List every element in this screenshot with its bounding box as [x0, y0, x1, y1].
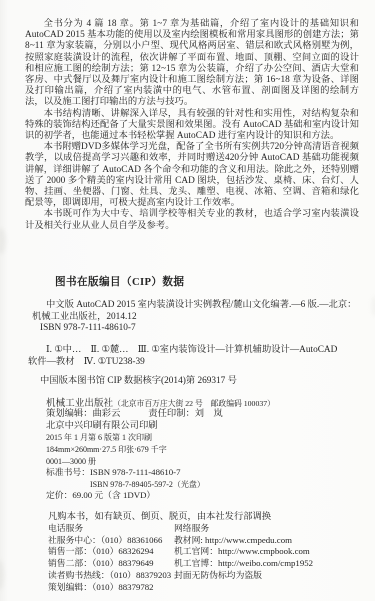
- service-row: 销售二部：（010）88379649 机工官博：http://weibo.com…: [48, 558, 375, 570]
- publication-section: 机械工业出版社（北京市百万庄大街 22 号 邮政编码 100037） 策划编辑：…: [46, 398, 375, 502]
- sales-dept2-phone: 销售二部：（010）88379649: [48, 558, 174, 570]
- publisher-name: 机械工业出版社: [46, 398, 113, 409]
- publisher-line: 机械工业出版社（北京市百万庄大街 22 号 邮政编码 100037）: [46, 398, 375, 410]
- service-row: 社服务中心：（010）88361066 教材网: http://www.cmpe…: [48, 535, 375, 547]
- service-row-headers: 电话服务 网络服务: [48, 523, 375, 535]
- service-center-phone: 社服务中心：（010）88361066: [48, 535, 174, 547]
- edition-line: 2015 年 1 月第 6 版第 1 次印刷: [46, 432, 375, 444]
- replacement-notice: 凡购本书，如有缺页、倒页、脱页，由本社发行部调换: [48, 511, 375, 523]
- scan-smudge: [0, 228, 6, 254]
- cip-classification-line1: Ⅰ. ①中… Ⅱ. ①麓… Ⅲ. ①室内装饰设计—计算机辅助设计—AutoCAD: [46, 345, 375, 357]
- empty-cell: [174, 582, 375, 594]
- cip-entry-title-line: 中文版 AutoCAD 2015 室内装潢设计实例教程/麓山文化编著.—6 版.…: [46, 300, 375, 312]
- service-section: 凡购本书，如有缺页、倒页、脱页，由本社发行部调换 电话服务 网络服务 社服务中心…: [48, 511, 375, 593]
- isbn-book-value: ISBN 978-7-111-48610-7: [90, 467, 181, 477]
- isbn-label: 标准书号：: [46, 467, 90, 477]
- phone-service-header: 电话服务: [48, 523, 174, 535]
- sales-dept1-phone: 销售一部：（010）68326294: [48, 546, 174, 558]
- cip-registry-number: 中国版本图书馆 CIP 数据核字(2014)第 269317 号: [40, 376, 375, 388]
- weibo-url: 机工官博：http://weibo.com/cmp1952: [174, 558, 375, 570]
- print-run-line: 0001—3000 册: [46, 456, 375, 468]
- intro-section: 全书分为 4 篇 18 章。第 1~7 章为基础篇，介绍了室内设计的基础知识和 …: [0, 0, 375, 232]
- planning-editor-phone: 策划编辑：（010）88379782: [48, 582, 174, 594]
- service-table: 电话服务 网络服务 社服务中心：（010）88361066 教材网: http:…: [48, 523, 375, 593]
- publisher-address: （北京市百万庄大街 22 号 邮政编码 100037）: [113, 399, 275, 408]
- format-line: 184mm×260mm·27.5 印张·679 千字: [46, 444, 375, 456]
- scan-smudge: [0, 560, 4, 590]
- network-service-header: 网络服务: [174, 523, 375, 535]
- book-copyright-page: 全书分为 4 篇 18 章。第 1~7 章为基础篇，介绍了室内设计的基础知识和 …: [0, 0, 375, 601]
- reader-hotline-phone: 读者购书热线：（010）88379203: [48, 570, 174, 582]
- cip-entry-publisher-line: 机械工业出版社，2014.12: [32, 312, 375, 324]
- intro-paragraph-overview: 全书分为 4 篇 18 章。第 1~7 章为基础篇，介绍了室内设计的基础知识和 …: [25, 19, 359, 109]
- price-line: 定价：69.00 元（含 1DVD）: [46, 490, 375, 502]
- cip-entry: 中文版 AutoCAD 2015 室内装潢设计实例教程/麓山文化编著.—6 版.…: [0, 300, 375, 335]
- service-row: 销售一部：（010）68326294 机工官网：http://www.cmpbo…: [48, 546, 375, 558]
- cip-classification: Ⅰ. ①中… Ⅱ. ①麓… Ⅲ. ①室内装饰设计—计算机辅助设计—AutoCAD…: [0, 345, 375, 369]
- official-site-url: 机工官网：http://www.cmpbook.com: [174, 546, 375, 558]
- intro-paragraph-dvd: 本书附赠DVD多媒体学习光盘，配备了全书所有实例共720分钟高清语音视频教学，以…: [25, 142, 359, 209]
- intro-paragraph-features: 本书结构清晰、讲解深入详尽，具有较强的针对性和实用性，对结构复杂和特殊的装饰结构…: [25, 109, 359, 143]
- service-row: 读者购书热线：（010）88379203 封面无防伪标均为盗版: [48, 570, 375, 582]
- cip-classification-line2: 软件—教材 Ⅳ. ①TU238-39: [28, 357, 375, 369]
- anti-counterfeit-note: 封面无防伪标均为盗版: [174, 570, 375, 582]
- isbn-disc-line: ISBN 978-7-89405-597-2（光盘）: [90, 479, 375, 491]
- intro-paragraph-audience: 本书既可作为大中专、培训学校等相关专业的教材，也适合学习室内装潢设计及相关行业从…: [25, 209, 359, 231]
- cip-section: 图书在版编目（CIP）数据 中文版 AutoCAD 2015 室内装潢设计实例教…: [0, 274, 375, 388]
- standard-book-number-line: 标准书号：ISBN 978-7-111-48610-7: [46, 467, 375, 479]
- textbook-site-url: 教材网: http://www.cmpedu.com: [174, 535, 375, 547]
- editors-line: 策划编辑：曲彩云 责任印制：刘 岚: [46, 409, 375, 421]
- cip-heading: 图书在版编目（CIP）数据: [55, 274, 375, 289]
- cip-entry-isbn: ISBN 978-7-111-48610-7: [40, 323, 375, 335]
- printer-line: 北京中兴印刷有限公司印刷: [46, 421, 375, 433]
- scan-smudge: [371, 296, 375, 316]
- service-row: 策划编辑：（010）88379782: [48, 582, 375, 594]
